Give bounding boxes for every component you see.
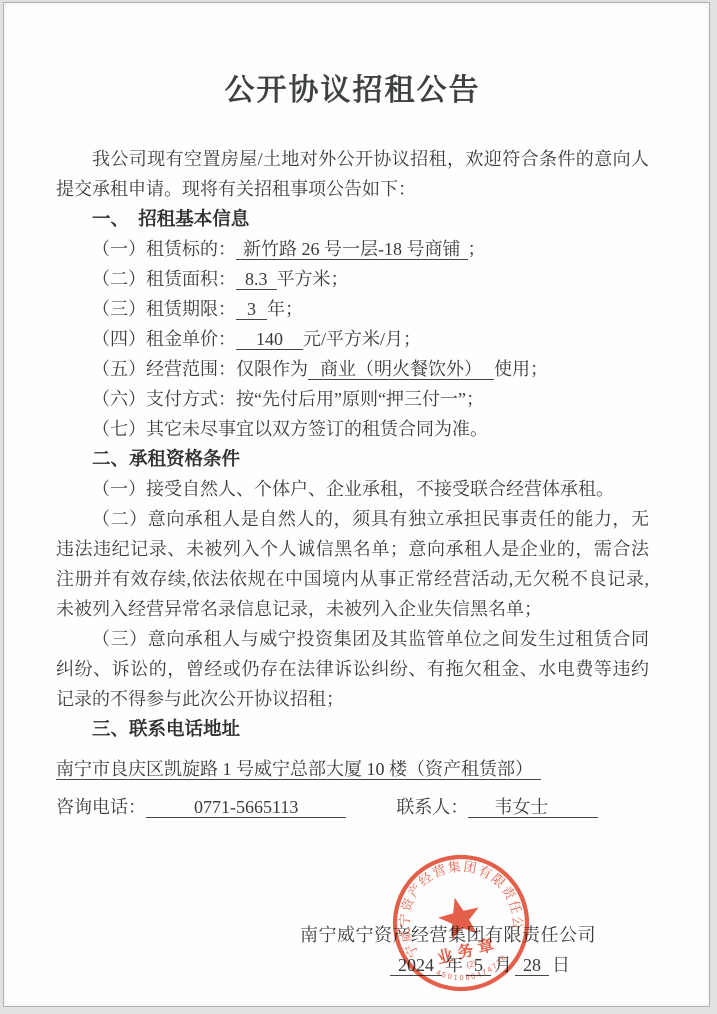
seal-star-icon	[434, 893, 484, 942]
contact-person-label: 联系人：	[396, 797, 468, 817]
rental-price-suffix: 元/平方米/月；	[303, 329, 421, 349]
rental-subject-suffix: ；	[468, 239, 486, 259]
business-scope-value: 商业（明火餐饮外）	[308, 359, 494, 380]
section-1-heading: 一、 招租基本信息	[56, 204, 649, 234]
document-title: 公开协议招租公告	[56, 69, 649, 113]
rental-subject-value: 新竹路 26 号一层-18 号商铺	[236, 239, 468, 260]
intro-line-1: 我公司现有空置房屋/土地对外公开协议招租，欢迎符合条件的意向人	[56, 144, 649, 174]
seal-sub-label: (2)	[465, 959, 477, 970]
contact-person-value: 韦女士	[468, 797, 598, 818]
payment-method-row: （六）支付方式：按“先付后用”原则“押三付一”；	[56, 384, 649, 414]
business-scope-label: （五）经营范围：仅限作为	[92, 359, 308, 379]
qualification-para-2: （二）意向承租人是自然人的，须具有独立承担民事责任的能力，无 违法违纪记录、未被…	[56, 504, 649, 624]
section-3-heading: 三、联系电话地址	[56, 714, 649, 744]
qualification-para-3-line-3: 记录的不得参与此次公开协议招租；	[56, 684, 649, 714]
qualification-para-1: （一）接受自然人、个体户、企业承租，不接受联合经营体承租。	[56, 474, 649, 504]
rental-term-value: 3	[236, 299, 267, 320]
intro-paragraph: 我公司现有空置房屋/土地对外公开协议招租，欢迎符合条件的意向人 提交承租申请。现…	[56, 144, 649, 204]
rental-area-suffix: 平方米；	[277, 269, 349, 289]
contact-phone-row: 咨询电话：0771-5665113联系人：韦女士	[56, 792, 649, 822]
qualification-para-3: （三）意向承租人与威宁投资集团及其监管单位之间发生过租赁合同 纠纷、诉讼的，曾经…	[56, 624, 649, 714]
rental-area-row: （二）租赁面积：8.3平方米；	[56, 264, 649, 294]
intro-line-2: 提交承租申请。现将有关招租事项公告如下：	[56, 174, 649, 204]
rental-price-row: （四）租金单价：140元/平方米/月；	[56, 324, 649, 354]
other-terms-row: （七）其它未尽事宜以双方签订的租赁合同为准。	[56, 414, 649, 444]
rental-area-value: 8.3	[236, 269, 277, 290]
contact-address: 南宁市良庆区凯旋路 1 号威宁总部大厦 10 楼（资产租赁部）	[56, 759, 541, 780]
document-content: 公开协议招租公告 我公司现有空置房屋/土地对外公开协议招租，欢迎符合条件的意向人…	[56, 3, 649, 822]
company-seal: 南宁威宁资产经营集团有限责任公司 业务章 (2) 4501080474778	[387, 849, 535, 997]
rental-term-suffix: 年；	[267, 299, 303, 319]
phone-label: 咨询电话：	[56, 797, 146, 817]
business-scope-row: （五）经营范围：仅限作为商业（明火餐饮外）使用；	[56, 354, 649, 384]
contact-address-row: 南宁市良庆区凯旋路 1 号威宁总部大厦 10 楼（资产租赁部）	[56, 754, 649, 784]
rental-term-label: （三）租赁期限：	[92, 299, 236, 319]
qualification-para-2-line-2: 违法违纪记录、未被列入个人诚信黑名单；意向承租人是企业的，需合法	[56, 534, 649, 564]
phone-value: 0771-5665113	[146, 797, 346, 818]
rental-term-row: （三）租赁期限：3年；	[56, 294, 649, 324]
qualification-para-3-line-2: 纠纷、诉讼的，曾经或仍存在法律诉讼纠纷、有拖欠租金、水电费等违约	[56, 654, 649, 684]
rental-price-value: 140	[236, 329, 303, 350]
rental-subject-label: （一）租赁标的：	[92, 239, 236, 259]
qualification-para-2-line-3: 注册并有效存续,依法依规在中国境内从事正常经营活动,无欠税不良记录,	[56, 564, 649, 594]
scanned-document: { "title": "公开协议招租公告", "intro_lines": [ …	[0, 0, 717, 1014]
rental-price-label: （四）租金单价：	[92, 329, 236, 349]
qualification-para-3-line-1: （三）意向承租人与威宁投资集团及其监管单位之间发生过租赁合同	[56, 624, 649, 654]
document-page: 公开协议招租公告 我公司现有空置房屋/土地对外公开协议招租，欢迎符合条件的意向人…	[3, 2, 710, 1007]
section-2-heading: 二、承租资格条件	[56, 444, 649, 474]
qualification-para-2-line-1: （二）意向承租人是自然人的，须具有独立承担民事责任的能力，无	[56, 504, 649, 534]
business-scope-suffix: 使用；	[494, 359, 548, 379]
qualification-para-2-line-4: 未被列入经营异常名录信息记录，未被列入企业失信黑名单；	[56, 594, 649, 624]
rental-subject-row: （一）租赁标的：新竹路 26 号一层-18 号商铺；	[56, 234, 649, 264]
signature-day-unit: 日	[549, 955, 573, 975]
rental-area-label: （二）租赁面积：	[92, 269, 236, 289]
